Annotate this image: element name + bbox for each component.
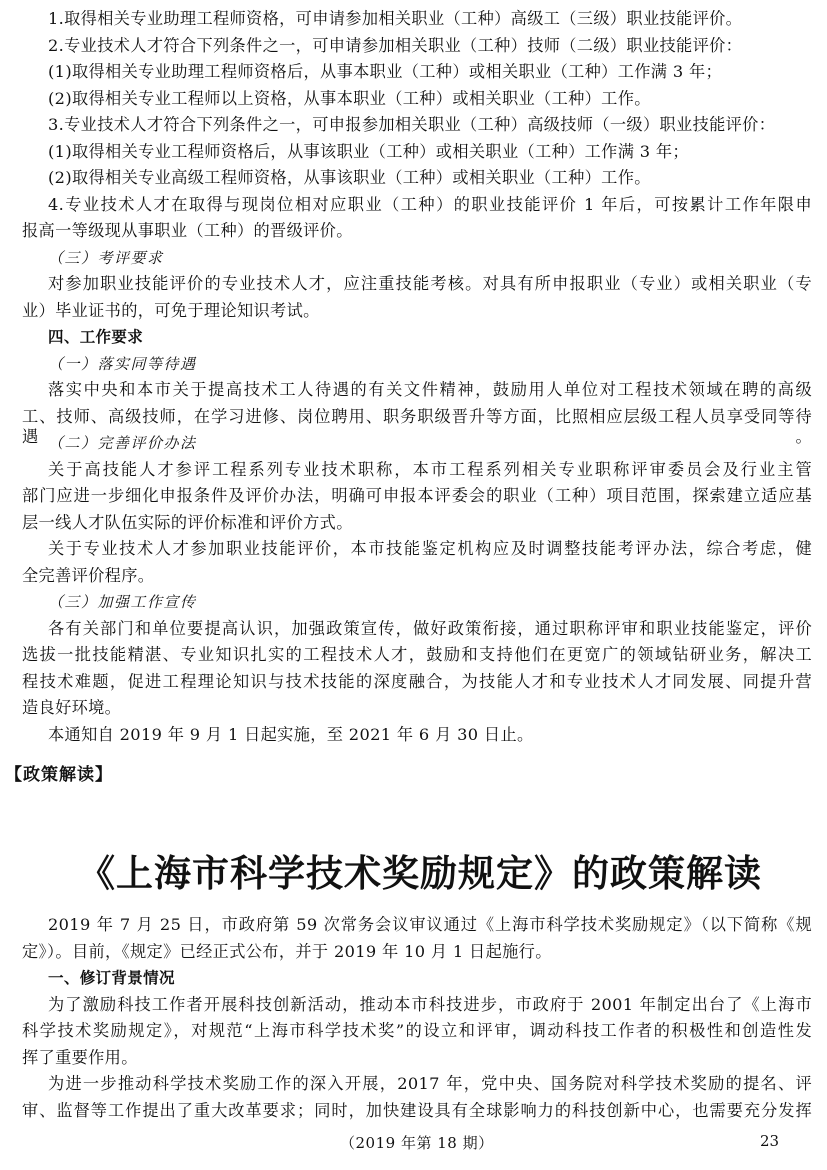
paragraph-line: 各有关部门和单位要提高认识，加强政策宣传，做好政策衔接，通过职称评审和职业技能鉴… bbox=[48, 619, 812, 639]
article-title: 《上海市科学技术奖励规定》的政策解读 bbox=[60, 843, 780, 897]
page-number: 23 bbox=[760, 1132, 779, 1150]
paragraph-line: 审、监督等工作提出了重大改革要求；同时，加快建设具有全球影响力的科技创新中心，也… bbox=[22, 1101, 812, 1121]
paragraph-line: 全完善评价程序。 bbox=[22, 566, 812, 586]
paragraph-line: 落实中央和本市关于提高技术工人待遇的有关文件精神，鼓励用人单位对工程技术领域在聘… bbox=[48, 380, 812, 400]
paragraph-line: 造良好环境。 bbox=[22, 698, 812, 718]
paragraph-line: 定》）。目前，《规定》已经正式公布，并于 2019 年 10 月 1 日起施行。 bbox=[22, 942, 812, 962]
paragraph-line: 选拔一批技能精湛、专业知识扎实的工程技术人才，鼓励和支持他们在更宽广的领域钻研业… bbox=[22, 645, 812, 665]
subsection-heading: （一）落实同等待遇 bbox=[48, 354, 812, 374]
paragraph-line: 部门应进一步细化申报条件及评价办法，明确可申报本评委会的职业（工种）项目范围，探… bbox=[22, 486, 812, 506]
section-tag: 【政策解读】 bbox=[5, 760, 113, 785]
list-item: (2)取得相关专业高级工程师资格，从事该职业（工种）或相关职业（工种）工作。 bbox=[48, 168, 812, 188]
paragraph-line: 层一线人才队伍实际的评价标准和评价方式。 bbox=[22, 513, 812, 533]
paragraph-line: 2019 年 7 月 25 日，市政府第 59 次常务会议审议通过《上海市科学技… bbox=[48, 915, 812, 935]
paragraph-line: 4.专业技术人才在取得与现岗位相对应职业（工种）的职业技能评价 1 年后，可按累… bbox=[48, 195, 812, 215]
paragraph-line: 为进一步推动科学技术奖励工作的深入开展，2017 年，党中央、国务院对科学技术奖… bbox=[48, 1074, 812, 1094]
subsection-heading: （二）完善评价办法 bbox=[48, 433, 812, 453]
section-heading: 四、工作要求 bbox=[48, 327, 812, 347]
subsection-heading: （三）考评要求 bbox=[48, 248, 812, 268]
paragraph-line: 为了激励科技工作者开展科技创新活动，推动本市科技进步，市政府于 2001 年制定… bbox=[48, 995, 812, 1015]
issue-label: （2019 年第 18 期） bbox=[340, 1132, 494, 1153]
list-item: (2)取得相关专业工程师以上资格，从事本职业（工种）或相关职业（工种）工作。 bbox=[48, 89, 812, 109]
list-item: (1)取得相关专业工程师资格后，从事该职业（工种）或相关职业（工种）工作满 3 … bbox=[48, 142, 812, 162]
list-item: 3.专业技术人才符合下列条件之一，可申报参加相关职业（工种）高级技师（一级）职业… bbox=[48, 115, 812, 135]
subsection-heading: （三）加强工作宣传 bbox=[48, 592, 812, 612]
document-page: 1.取得相关专业助理工程师资格，可申请参加相关职业（工种）高级工（三级）职业技能… bbox=[0, 0, 827, 1170]
paragraph-line: 业）毕业证书的，可免于理论知识考试。 bbox=[22, 301, 812, 321]
paragraph-line: 挥了重要作用。 bbox=[22, 1048, 812, 1068]
paragraph-line: 程技术难题，促进工程理论知识与技术技能的深度融合，为技能人才和专业技术人才同发展… bbox=[22, 672, 812, 692]
list-item: (1)取得相关专业助理工程师资格后，从事本职业（工种）或相关职业（工种）工作满 … bbox=[48, 62, 812, 82]
paragraph-line: 对参加职业技能评价的专业技术人才，应注重技能考核。对具有所申报职业（专业）或相关… bbox=[48, 274, 812, 294]
list-item: 2.专业技术人才符合下列条件之一，可申请参加相关职业（工种）技师（二级）职业技能… bbox=[48, 36, 812, 56]
paragraph-line: 本通知自 2019 年 9 月 1 日起实施，至 2021 年 6 月 30 日… bbox=[48, 725, 812, 745]
section-heading: 一、修订背景情况 bbox=[48, 968, 812, 988]
paragraph-line: 关于专业技术人才参加职业技能评价，本市技能鉴定机构应及时调整技能考评办法，综合考… bbox=[48, 539, 812, 559]
paragraph-line: 报高一等级现从事职业（工种）的晋级评价。 bbox=[22, 221, 812, 241]
list-item: 1.取得相关专业助理工程师资格，可申请参加相关职业（工种）高级工（三级）职业技能… bbox=[48, 9, 812, 29]
paragraph-line: 关于高技能人才参评工程系列专业技术职称，本市工程系列相关专业职称评审委员会及行业… bbox=[48, 460, 812, 480]
paragraph-line: 科学技术奖励规定》，对规范“上海市科学技术奖”的设立和评审，调动科技工作者的积极… bbox=[22, 1021, 812, 1041]
